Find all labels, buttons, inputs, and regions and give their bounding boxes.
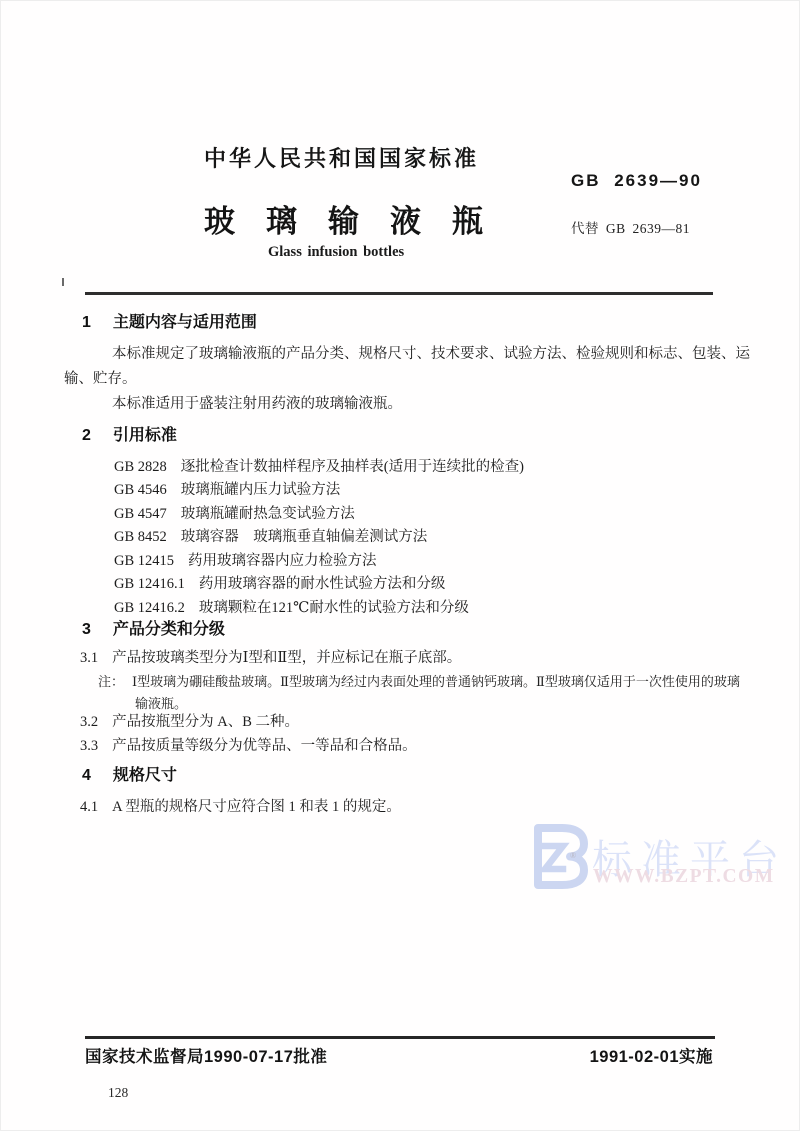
clause-text: 产品按质量等级分为优等品、一等品和合格品。	[112, 738, 417, 754]
reference-title: 玻璃瓶罐内压力试验方法	[181, 482, 341, 498]
clause-item: 3.2产品按瓶型分为 A、B 二种。	[64, 713, 738, 731]
reference-code: GB 12415	[114, 553, 174, 569]
note-label: 注：	[98, 674, 124, 689]
clause-text: A 型瓶的规格尺寸应符合图 1 和表 1 的规定。	[112, 799, 401, 815]
reference-item: GB 12415药用玻璃容器内应力检验方法	[64, 552, 738, 570]
scan-artifact-tick	[62, 278, 64, 286]
section-2-heading: 2引用标准	[64, 426, 738, 446]
standard-org-title: 中华人民共和国国家标准	[204, 142, 479, 173]
clause-item: 3.3产品按质量等级分为优等品、一等品和合格品。	[64, 737, 738, 755]
document-title-cn: 玻璃输液瓶	[204, 196, 514, 241]
section-3-heading: 3产品分类和分级	[64, 620, 738, 640]
section-heading-text: 产品分类和分级	[113, 621, 225, 638]
clause-text: 产品按玻璃类型分为Ⅰ型和Ⅱ型，并应标记在瓶子底部。	[112, 650, 461, 666]
section-heading-text: 引用标准	[113, 427, 177, 444]
reference-code: GB 12416.2	[114, 600, 185, 616]
reference-title: 玻璃瓶罐耐热急变试验方法	[181, 506, 355, 522]
paragraph-line: 本标准适用于盛装注射用药液的玻璃输液瓶。	[64, 395, 738, 413]
section-heading-text: 规格尺寸	[113, 767, 177, 784]
replaces-note: 代替 GB 2639—81	[571, 217, 690, 237]
clause-item: 4.1A 型瓶的规格尺寸应符合图 1 和表 1 的规定。	[64, 798, 738, 816]
footer-rule	[85, 1036, 715, 1039]
document-title-en: Glass infusion bottles	[268, 244, 404, 261]
reference-item: GB 12416.1药用玻璃容器的耐水性试验方法和分级	[64, 575, 738, 593]
reference-code: GB 8452	[114, 529, 167, 545]
section-heading-number: 3	[82, 621, 91, 638]
reference-title: 药用玻璃容器内应力检验方法	[188, 553, 377, 569]
clause-number: 3.1	[80, 650, 98, 666]
note-line: 输液瓶。	[64, 696, 738, 712]
reference-item: GB 4547玻璃瓶罐耐热急变试验方法	[64, 505, 738, 523]
note-line: 注：Ⅰ型玻璃为硼硅酸盐玻璃。Ⅱ型玻璃为经过内表面处理的普通钠钙玻璃。Ⅱ型玻璃仅适…	[64, 674, 738, 690]
paragraph-line: 输、贮存。	[64, 370, 738, 388]
section-1-heading: 1主题内容与适用范围	[64, 313, 738, 333]
page-number: 128	[108, 1085, 128, 1101]
bzpt-logo-icon	[526, 823, 590, 889]
reference-item: GB 12416.2玻璃颗粒在121℃耐水性的试验方法和分级	[64, 599, 738, 617]
reference-code: GB 2828	[114, 459, 167, 475]
note-text: Ⅰ型玻璃为硼硅酸盐玻璃。Ⅱ型玻璃为经过内表面处理的普通钠钙玻璃。Ⅱ型玻璃仅适用于…	[132, 674, 740, 689]
standard-code: GB 2639—90	[571, 171, 702, 191]
clause-item: 3.1产品按玻璃类型分为Ⅰ型和Ⅱ型，并应标记在瓶子底部。	[64, 649, 738, 667]
section-heading-number: 4	[82, 767, 91, 784]
clause-number: 3.3	[80, 738, 98, 754]
reference-item: GB 8452玻璃容器 玻璃瓶垂直轴偏差测试方法	[64, 528, 738, 546]
implementation-text: 1991-02-01实施	[590, 1043, 713, 1067]
scanned-standard-document-page: 中华人民共和国国家标准 GB 2639—90 玻璃输液瓶 代替 GB 2639—…	[0, 0, 800, 1131]
approval-text: 国家技术监督局1990-07-17批准	[85, 1043, 327, 1067]
paragraph-line: 本标准规定了玻璃输液瓶的产品分类、规格尺寸、技术要求、试验方法、检验规则和标志、…	[64, 345, 738, 363]
reference-code: GB 4546	[114, 482, 167, 498]
section-heading-text: 主题内容与适用范围	[113, 314, 257, 331]
reference-title: 玻璃颗粒在121℃耐水性的试验方法和分级	[199, 600, 469, 616]
registered-mark-icon: ®	[570, 851, 576, 860]
section-heading-number: 1	[82, 314, 91, 331]
clause-number: 4.1	[80, 799, 98, 815]
header-rule	[85, 292, 713, 295]
reference-code: GB 4547	[114, 506, 167, 522]
clause-number: 3.2	[80, 714, 98, 730]
section-heading-number: 2	[82, 427, 91, 444]
reference-title: 玻璃容器 玻璃瓶垂直轴偏差测试方法	[181, 529, 428, 545]
reference-title: 药用玻璃容器的耐水性试验方法和分级	[199, 576, 446, 592]
clause-text: 产品按瓶型分为 A、B 二种。	[112, 714, 299, 730]
reference-code: GB 12416.1	[114, 576, 185, 592]
section-4-heading: 4规格尺寸	[64, 766, 738, 786]
watermark-url: WWW.BZPT.COM	[593, 866, 775, 888]
reference-item: GB 2828逐批检查计数抽样程序及抽样表(适用于连续批的检查)	[64, 458, 738, 476]
reference-item: GB 4546玻璃瓶罐内压力试验方法	[64, 481, 738, 499]
reference-title: 逐批检查计数抽样程序及抽样表(适用于连续批的检查)	[181, 459, 524, 475]
